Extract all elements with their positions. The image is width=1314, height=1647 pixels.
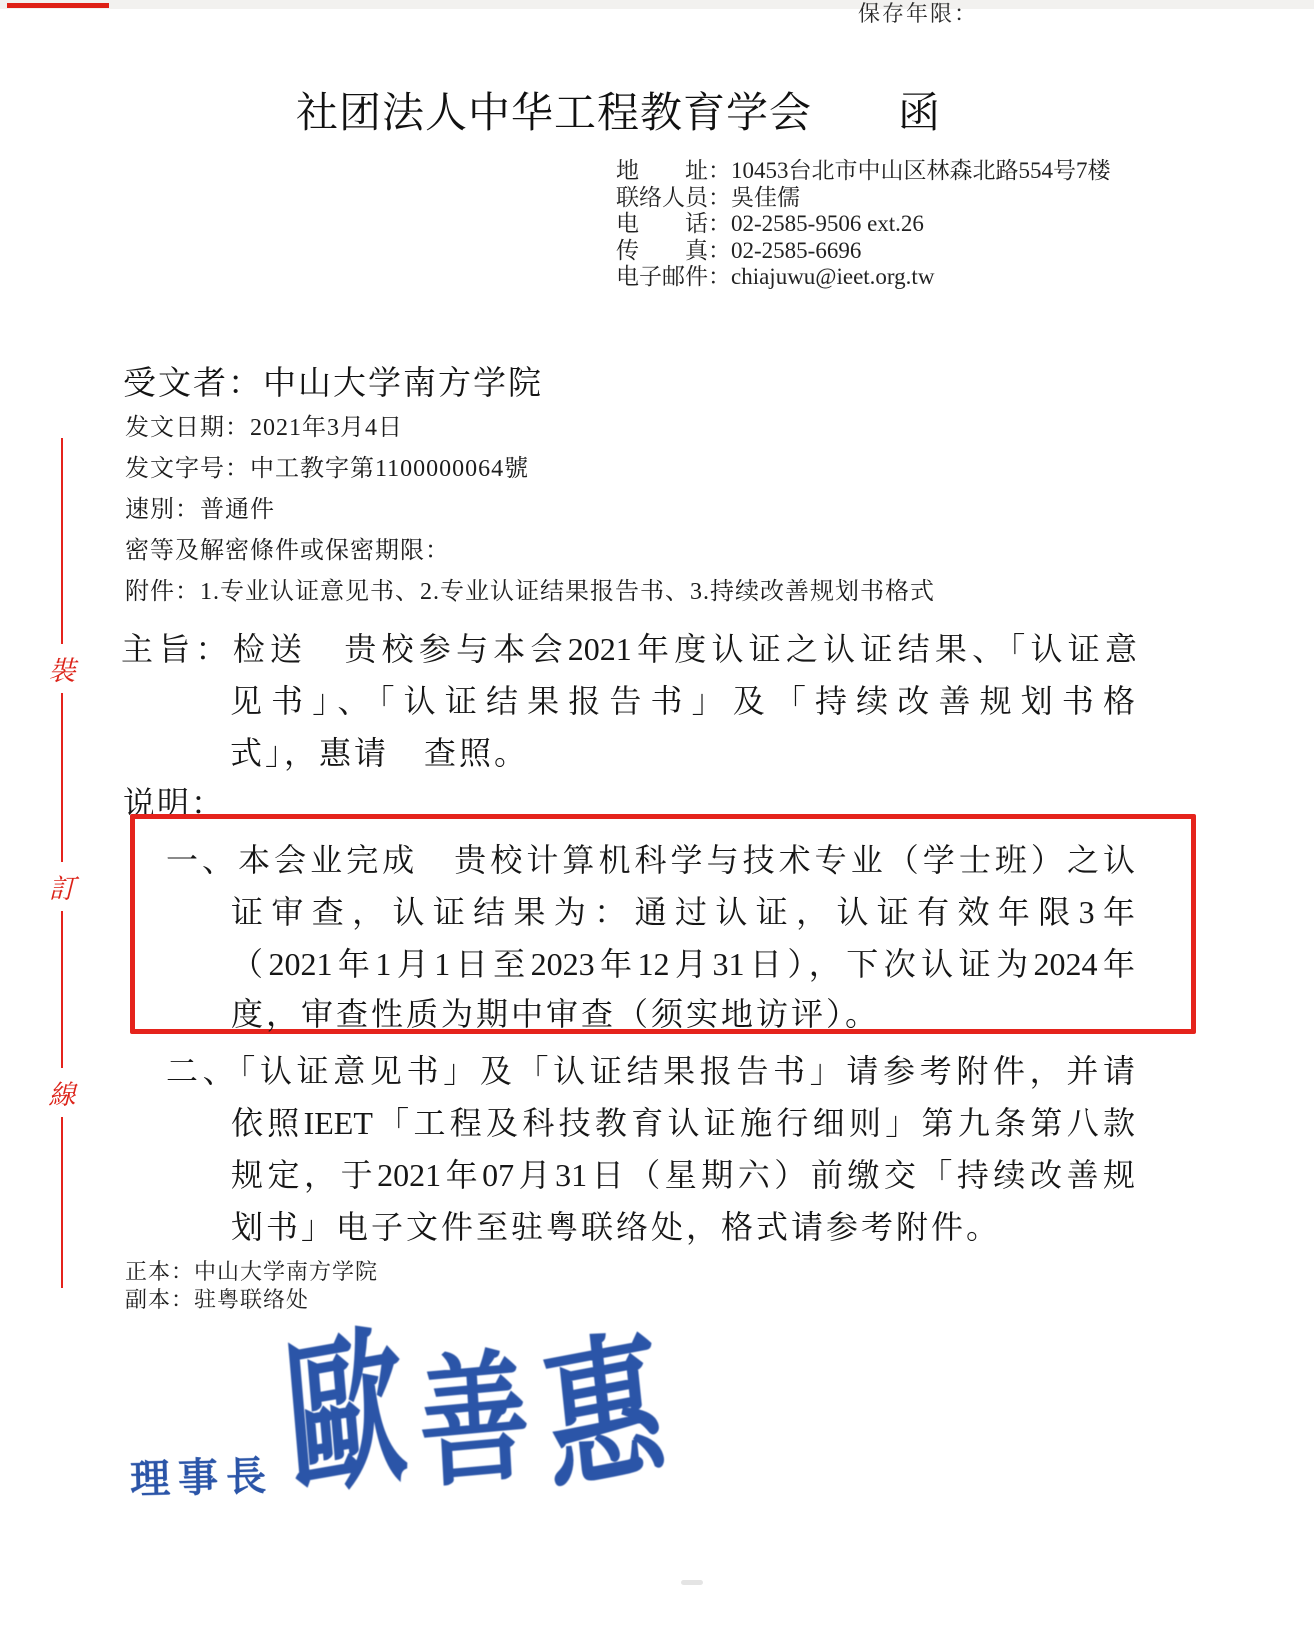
meta-attachments: 附件：1.专业认证意见书、2.专业认证结果报告书、3.持续改善规划书格式 [125, 572, 935, 613]
document-page: 保存年限： 社团法人中华工程教育学会 函 地 址：10453台北市中山区林森北路… [0, 0, 1314, 1647]
scan-top-strip [0, 0, 1314, 9]
subject-line: 主旨：检送 贵校参与本会2021年度认证之认证结果、「认证意 [121, 624, 1137, 670]
binding-char-ding: 訂 [44, 862, 80, 911]
subject-line: 见书」、「认证结果报告书」及「持续改善规划书格 [230, 676, 1135, 722]
section-one-line: （2021年1月1日至2023年12月31日），下次认证为2024年 [231, 939, 1135, 985]
signature-char: 惠 [537, 1326, 670, 1505]
contact-fax: 传 真：02-2585-6696 [616, 238, 1111, 265]
recipient-line: 受文者：中山大学南方学院 [123, 357, 543, 404]
chairman-title: 理事長 [129, 1444, 274, 1505]
subject-line: 式」，惠请 查照。 [230, 728, 529, 774]
section-two-line: 规定，于2021年07月31日（星期六）前缴交「持续改善规 [231, 1150, 1135, 1196]
signature-char: 善 [416, 1348, 534, 1499]
copies-block: 正本：中山大学南方学院 副本：驻粤联络处 [125, 1258, 378, 1314]
section-two-line: 二、「认证意见书」及「认证结果报告书」请参考附件，并请 [166, 1046, 1135, 1092]
binding-char-xian: 線 [44, 1068, 80, 1117]
section-two-line: 划书」电子文件至驻粤联络处，格式请参考附件。 [231, 1202, 1001, 1248]
section-one-line: 一、本会业完成 贵校计算机科学与技术专业（学士班）之认 [166, 835, 1135, 881]
chairman-signature: 歐 善 惠 [282, 1352, 666, 1480]
document-title: 社团法人中华工程教育学会 函 [296, 80, 941, 140]
section-one-line: 证审查，认证结果为：通过认证，认证有效年限3年 [231, 887, 1135, 933]
signature-char: 歐 [280, 1322, 411, 1510]
contact-email: 电子邮件：chiajuwu@ieet.org.tw [616, 264, 1111, 291]
binding-char-zhuang: 裝 [44, 644, 80, 693]
contact-address: 地 址：10453台北市中山区林森北路554号7楼 [616, 158, 1111, 185]
contact-person: 联络人员：吳佳儒 [616, 185, 1111, 212]
scan-red-mark [7, 3, 109, 8]
meta-doc-number: 发文字号：中工教字第1100000064號 [125, 449, 935, 490]
meta-issue-date: 发文日期：2021年3月4日 [125, 408, 935, 449]
meta-secrecy: 密等及解密條件或保密期限： [125, 531, 935, 572]
contact-block: 地 址：10453台北市中山区林森北路554号7楼 联络人员：吳佳儒 电 话：0… [616, 158, 1111, 291]
section-one-line: 度，审查性质为期中审查（须实地访评）。 [231, 989, 880, 1035]
scan-smudge [681, 1580, 703, 1585]
contact-phone: 电 话：02-2585-9506 ext.26 [616, 211, 1111, 238]
copy-original: 正本：中山大学南方学院 [125, 1258, 378, 1286]
meta-block: 发文日期：2021年3月4日 发文字号：中工教字第1100000064號 速別：… [125, 408, 935, 613]
meta-speed-class: 速別：普通件 [125, 490, 935, 531]
retention-period-label: 保存年限： [858, 0, 978, 28]
section-two-line: 依照IEET「工程及科技教育认证施行细则」第九条第八款 [231, 1098, 1135, 1144]
copy-cc: 副本：驻粤联络处 [125, 1286, 378, 1314]
